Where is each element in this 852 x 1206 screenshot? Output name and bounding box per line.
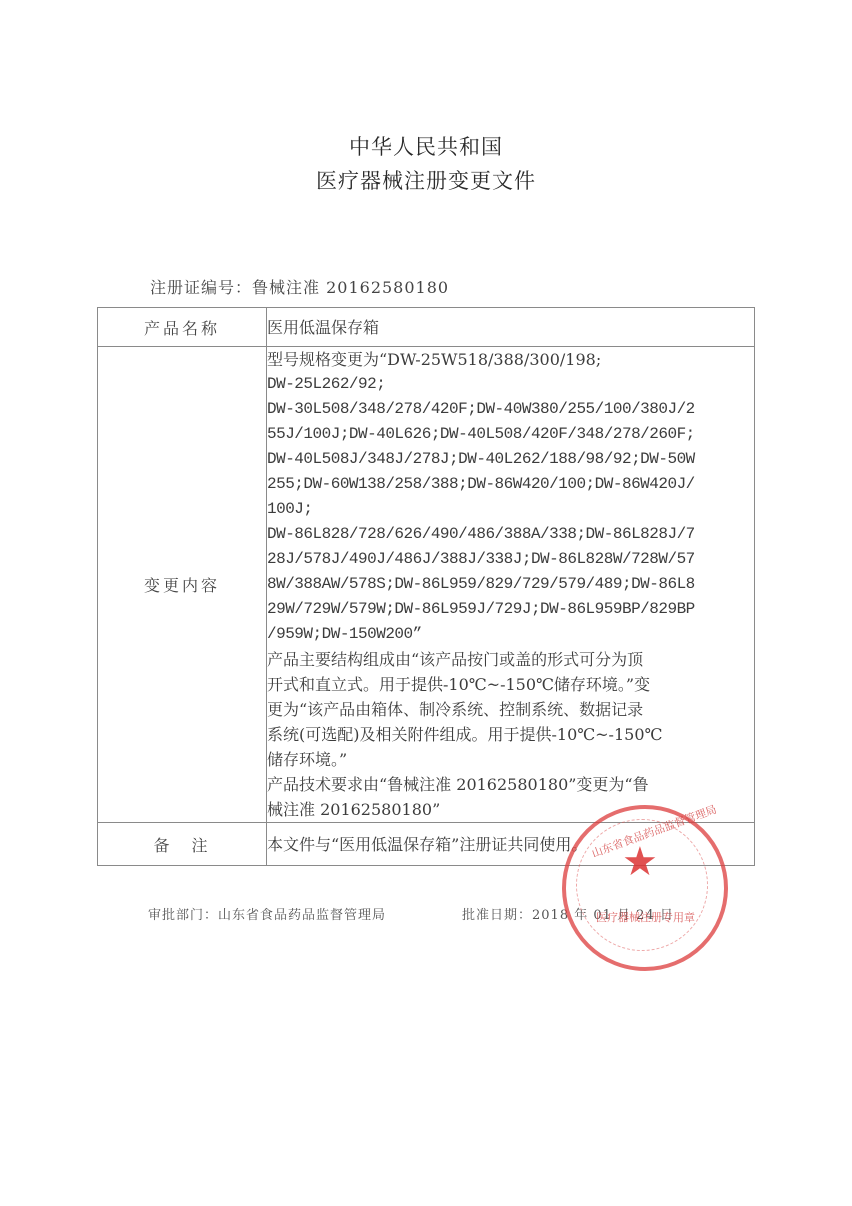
change-line: 产品技术要求由“鲁械注准 20162580180”变更为“鲁 <box>267 772 754 797</box>
change-line: 产品主要结构组成由“该产品按门或盖的形式可分为顶 <box>267 647 754 672</box>
change-line: DW-25L262/92; <box>267 372 754 397</box>
change-line: 开式和直立式。用于提供-10℃~-150℃储存环境。”变 <box>267 672 754 697</box>
change-line: DW-30L508/348/278/420F;DW-40W380/255/100… <box>267 397 754 422</box>
change-line: /959W;DW-150W200” <box>267 622 754 647</box>
approval-date-value: 2018 年 01 月 24 日 <box>532 908 674 923</box>
change-line: 系统(可选配)及相关附件组成。用于提供-10℃~-150℃ <box>267 722 754 747</box>
registration-number-label: 注册证编号： <box>150 278 252 297</box>
product-name-label: 产品名称 <box>98 308 267 347</box>
table-row-remark: 备 注 本文件与“医用低温保存箱”注册证共同使用。 <box>98 823 755 866</box>
remark-value: 本文件与“医用低温保存箱”注册证共同使用。 <box>267 823 755 866</box>
change-line: 28J/578J/490J/486J/388J/338J;DW-86L828W/… <box>267 547 754 572</box>
change-line: 8W/388AW/578S;DW-86L959/829/729/579/489;… <box>267 572 754 597</box>
change-line: 型号规格变更为“DW-25W518/388/300/198; <box>267 347 754 372</box>
change-line: 更为“该产品由箱体、制冷系统、控制系统、数据记录 <box>267 697 754 722</box>
table-row-change-content: 变更内容 型号规格变更为“DW-25W518/388/300/198; DW-2… <box>98 347 755 823</box>
product-name-value: 医用低温保存箱 <box>267 308 755 347</box>
remark-label: 备 注 <box>98 823 267 866</box>
change-line: DW-86L828/728/626/490/486/388A/338;DW-86… <box>267 522 754 547</box>
change-line: 械注准 20162580180” <box>267 797 754 822</box>
change-line: 55J/100J;DW-40L626;DW-40L508/420F/348/27… <box>267 422 754 447</box>
change-line: 100J; <box>267 497 754 522</box>
approval-authority: 审批部门：山东省食品药品监督管理局 <box>148 904 386 923</box>
registration-number-value: 鲁械注准 20162580180 <box>252 278 449 297</box>
document-title: 医疗器械注册变更文件 <box>0 165 852 195</box>
change-line: 储存环境。” <box>267 747 754 772</box>
approval-date: 批准日期：2018 年 01 月 24 日 <box>462 904 674 923</box>
approval-authority-value: 山东省食品药品监督管理局 <box>218 908 386 923</box>
change-content-label: 变更内容 <box>98 347 267 823</box>
change-details-table: 产品名称 医用低温保存箱 变更内容 型号规格变更为“DW-25W518/388/… <box>97 307 755 866</box>
document-title-country: 中华人民共和国 <box>0 131 852 161</box>
change-line: 255;DW-60W138/258/388;DW-86W420/100;DW-8… <box>267 472 754 497</box>
registration-number-line: 注册证编号：鲁械注准 20162580180 <box>150 275 449 298</box>
change-content-value: 型号规格变更为“DW-25W518/388/300/198; DW-25L262… <box>267 347 755 823</box>
approval-authority-label: 审批部门： <box>148 908 218 923</box>
approval-date-label: 批准日期： <box>462 908 532 923</box>
change-line: DW-40L508J/348J/278J;DW-40L262/188/98/92… <box>267 447 754 472</box>
change-line: 29W/729W/579W;DW-86L959J/729J;DW-86L959B… <box>267 597 754 622</box>
table-row-product-name: 产品名称 医用低温保存箱 <box>98 308 755 347</box>
